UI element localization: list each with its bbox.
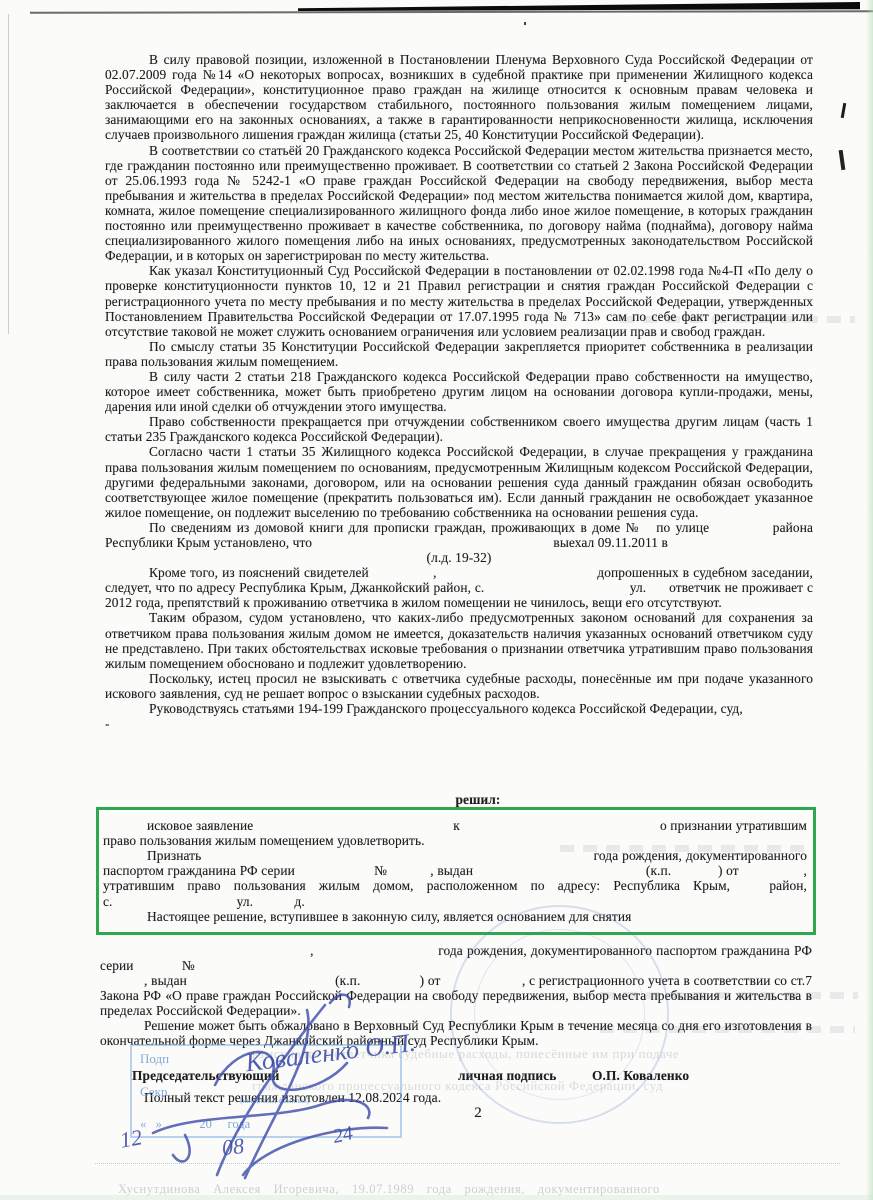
resolution-paragraph: исковое заявление к о признании утративш… — [103, 818, 807, 848]
paragraph: В соответствии со статьёй 20 Гражданског… — [105, 143, 813, 264]
paragraph: , года рождения, документированного пасп… — [100, 943, 812, 973]
scan-artifact-edge-tick — [841, 103, 847, 118]
paragraph: Право собственности прекращается при отч… — [105, 414, 813, 444]
scan-artifact-top-line — [30, 10, 873, 13]
paragraph: Согласно части 1 статьи 35 Жилищного код… — [105, 444, 813, 519]
dash-line: - — [105, 716, 813, 731]
paragraph: По смыслу статьи 35 Конституции Российск… — [105, 339, 813, 369]
scan-artifact-dot — [524, 22, 526, 25]
paragraph: Таким образом, судом установлено, что ка… — [105, 610, 813, 670]
round-seal-stamp — [450, 905, 669, 1124]
ink-signature-scribble — [125, 985, 455, 1190]
decision-body-text: В силу правовой позиции, изложенной в По… — [105, 52, 813, 731]
page-edge-line — [8, 14, 9, 334]
paragraph: В силу правовой позиции, изложенной в По… — [105, 52, 813, 143]
paragraph: Руководствуясь статьями 194-199 Гражданс… — [105, 701, 813, 716]
scan-artifact-edge-tick — [839, 150, 846, 170]
highlighted-resolution-box: исковое заявление к о признании утративш… — [96, 807, 816, 935]
paragraph: Поскольку, истец просил не взыскивать с … — [105, 671, 813, 701]
handwritten-day: 12 — [118, 1124, 144, 1153]
paragraph-house-register: По сведениям из домовой книги для пропис… — [105, 520, 813, 550]
handwritten-month: 08 — [221, 1133, 246, 1161]
resolution-heading: решил: — [100, 792, 812, 807]
case-sheet-reference: (л.д. 19-32) — [105, 550, 813, 565]
resolution-paragraph: Настоящее решение, вступившее в законную… — [103, 909, 807, 924]
paragraph-witnesses: Кроме того, из пояснений свидетелей , до… — [105, 565, 813, 610]
paragraph: В силу части 2 статьи 218 Гражданского к… — [105, 369, 813, 414]
scanned-court-decision-page: { "document": { "body_paragraphs": [ "В … — [0, 0, 873, 1200]
resolution-paragraph: Признать года рождения, документированно… — [103, 848, 807, 908]
scan-edge-green-strip — [866, 0, 873, 1200]
paragraph: Как указал Конституционный Суд Российско… — [105, 263, 813, 338]
